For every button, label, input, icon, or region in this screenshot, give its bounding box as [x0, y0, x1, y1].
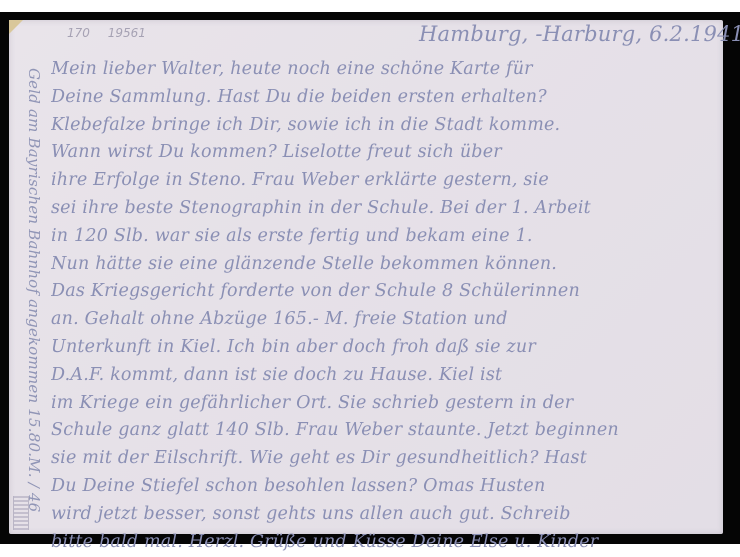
letter-line: Mein lieber Walter, heute noch eine schö…: [51, 56, 719, 84]
letter-line: im Kriege ein gefährlicher Ort. Sie schr…: [51, 390, 719, 418]
letter-line: Klebefalze bringe ich Dir, sowie ich in …: [51, 112, 719, 140]
postcard: 170 19561 Hamburg, -Harburg, 6.2.1941. G…: [9, 20, 723, 534]
letter-line: an. Gehalt ohne Abzüge 165.- M. freie St…: [51, 306, 719, 334]
letter-line: Schule ganz glatt 140 Slb. Frau Weber st…: [51, 417, 719, 445]
letter-line: Das Kriegsgericht forderte von der Schul…: [51, 278, 719, 306]
letter-line: Wann wirst Du kommen? Liselotte freut si…: [51, 139, 719, 167]
letter-line: in 120 Slb. war sie als erste fertig und…: [51, 223, 719, 251]
letter-line: Unterkunft in Kiel. Ich bin aber doch fr…: [51, 334, 719, 362]
letter-line: Nun hätte sie eine glänzende Stelle beko…: [51, 251, 719, 279]
margin-note: Geld am Bayrischen Bahnhof angekommen 15…: [25, 68, 43, 512]
letter-body: Mein lieber Walter, heute noch eine schö…: [51, 56, 719, 556]
letter-line: sie mit der Eilschrift. Wie geht es Dir …: [51, 445, 719, 473]
letter-line: bitte bald mal. Herzl. Grüße und Küsse D…: [51, 529, 719, 557]
margin-stamp-mark: [13, 496, 29, 530]
letter-line: Du Deine Stiefel schon besohlen lassen? …: [51, 473, 719, 501]
dateline: Hamburg, -Harburg, 6.2.1941.: [419, 22, 740, 46]
letter-line: D.A.F. kommt, dann ist sie doch zu Hause…: [51, 362, 719, 390]
letter-line: wird jetzt besser, sonst gehts uns allen…: [51, 501, 719, 529]
letter-line: ihre Erfolge in Steno. Frau Weber erklär…: [51, 167, 719, 195]
letter-line: Deine Sammlung. Hast Du die beiden erste…: [51, 84, 719, 112]
letter-line: sei ihre beste Stenographin in der Schul…: [51, 195, 719, 223]
torn-corner: [9, 20, 23, 34]
archive-numbers: 170 19561: [67, 26, 146, 40]
